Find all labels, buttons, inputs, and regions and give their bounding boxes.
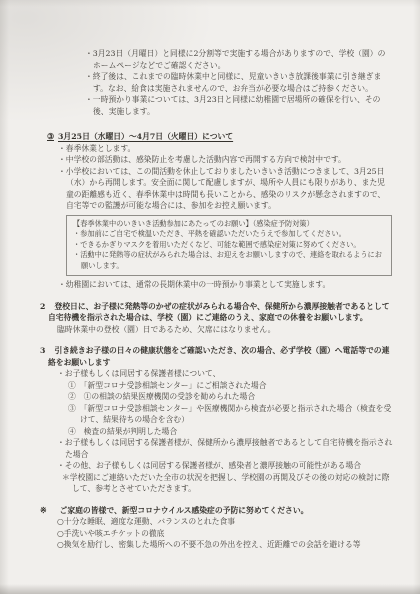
- bullet-item: ・小学校においては、この間活動を休止しておりましたいきいき活動につきまして、3月…: [58, 166, 392, 212]
- prevention-heading: ※ご家庭の皆様で、新型コロナウイルス感染症の予防に努めてください。: [40, 505, 394, 517]
- spring-break-bullet-list: ・春季休業とします。 ・中学校の部活動は、感染防止を考慮した活動内容で再開する方…: [58, 143, 392, 212]
- attendance-section: 2登校日に、お子様に発熱等のかぜの症状がみられる場合や、保健所から濃厚接触者であ…: [40, 301, 394, 336]
- case-item: ① 「新型コロナ受診相談センター」にご相談された場合: [68, 380, 394, 392]
- lead-bullet: ・お子様もしくは同居する保護者様について、: [57, 368, 394, 380]
- case-item: ④ 検査の結果が判明した場合: [68, 426, 394, 438]
- bullet-item: ・春季休業とします。: [58, 143, 392, 155]
- case-list: ① 「新型コロナ受診相談センター」にご相談された場合 ② ①の相談の結果医療機関…: [68, 380, 394, 438]
- prevention-heading-text: ご家庭の皆様で、新型コロナウイルス感染症の予防に努めてください。: [60, 506, 309, 515]
- box-item: ・できるかぎりマスクを着用いただくなど、可能な範囲で感染症対策に努めてください。: [73, 240, 385, 251]
- box-item: ・参加前にご自宅で検温いただき、平熱を確認いただいたうえで参加してください。: [73, 229, 385, 240]
- prevention-item: ○十分な睡眠、適度な運動、バランスのとれた食事: [57, 516, 394, 528]
- notice-body: ・3月23日（月曜日）と同様に2分割等で実施する場合がありますので、学校（園）の…: [40, 48, 394, 551]
- spring-break-heading: ③3月25日（水曜日）～4月7日（火曜日）について: [47, 131, 394, 143]
- section-number: 3: [40, 346, 45, 355]
- kindergarten-note: ・幼稚園においては、通常の長期休業中の一時預かり事業として実施します。: [58, 279, 394, 291]
- health-report-section: 3引き続きお子様の日々の健康状態をご確認いただき、次の場合、必ず学校（園）へ電話…: [40, 345, 394, 495]
- prevention-mark: ※: [40, 506, 47, 515]
- section-heading-text: 引き続きお子様の日々の健康状態をご確認いただき、次の場合、必ず学校（園）へ電話等…: [48, 346, 389, 367]
- prevention-item-list: ○十分な睡眠、適度な運動、バランスのとれた食事 ○手洗いや咳エチケットの徹底 ○…: [57, 516, 394, 551]
- heading-title: 3月25日（水曜日）～4月7日（火曜日）について: [58, 132, 233, 141]
- ikiiki-caution-box: 【春季休業中のいきいき活動参加にあたってのお願い】（感染症予防対策） ・参加前に…: [66, 215, 392, 277]
- box-item: ・活動中に発熱等の症状がみられた場合は、お迎えをお願いしますので、連絡を取れるよ…: [73, 250, 385, 271]
- prevention-item: ○手洗いや咳エチケットの徹底: [57, 528, 394, 540]
- section-heading: 2登校日に、お子様に発熱等のかぜの症状がみられる場合や、保健所から濃厚接触者であ…: [40, 301, 394, 324]
- section-heading: 3引き続きお子様の日々の健康状態をご確認いただき、次の場合、必ず学校（園）へ電話…: [40, 345, 394, 368]
- section-heading-text: 登校日に、お子様に発熱等のかぜの症状がみられる場合や、保健所から濃厚接触者である…: [48, 302, 390, 323]
- contact-bullet: ・お子様もしくは同居する保護者様が、保健所から濃厚接触者であるとして自宅待機を指…: [57, 437, 394, 460]
- contact-bullet: ・その他、お子様もしくは同居する保護者様が、感染者と濃厚接触の可能性がある場合: [57, 460, 394, 472]
- prevention-item: ○換気を励行し、密集した場所への不要不急の外出を控え、近距離での会話を避ける等: [57, 539, 394, 551]
- case-item: ③ 「新型コロナ受診相談センター」や医療機関から検査が必要と指示された場合（検査…: [68, 403, 394, 426]
- resumption-bullet-list: ・3月23日（月曜日）と同様に2分割等で実施する場合がありますので、学校（園）の…: [85, 48, 392, 117]
- heading-number: ③: [47, 132, 54, 141]
- bullet-item: ・終了後は、これまでの臨時休業中と同様に、児童いきいき放課後事業に引き継ぎます。…: [85, 71, 392, 94]
- scanned-notice-page: ・3月23日（月曜日）と同様に2分割等で実施する場合がありますので、学校（園）の…: [0, 0, 420, 594]
- box-title: 【春季休業中のいきいき活動参加にあたってのお願い】（感染症予防対策）: [73, 219, 385, 230]
- health-report-body: ・お子様もしくは同居する保護者様について、 ① 「新型コロナ受診相談センター」に…: [57, 368, 394, 495]
- bullet-item: ・一時預かり事業については、3月23日と同様に幼稚園で居場所の確保を行い、その後…: [85, 94, 392, 117]
- section-number: 2: [40, 302, 45, 311]
- section-note: 臨時休業中の登校（園）日であるため、欠席にはなりません。: [57, 324, 394, 336]
- reference-note: ＊学校園にご連絡いただいた全市の状況を把握し、学校園の再開及びその後の対応の検討…: [62, 472, 394, 495]
- bullet-item: ・中学校の部活動は、感染防止を考慮した活動内容で再開する方向で検討中です。: [58, 154, 392, 166]
- prevention-section: ※ご家庭の皆様で、新型コロナウイルス感染症の予防に努めてください。 ○十分な睡眠…: [40, 505, 394, 551]
- bullet-item: ・3月23日（月曜日）と同様に2分割等で実施する場合がありますので、学校（園）の…: [85, 48, 392, 71]
- case-item: ② ①の相談の結果医療機関の受診を勧められた場合: [68, 391, 394, 403]
